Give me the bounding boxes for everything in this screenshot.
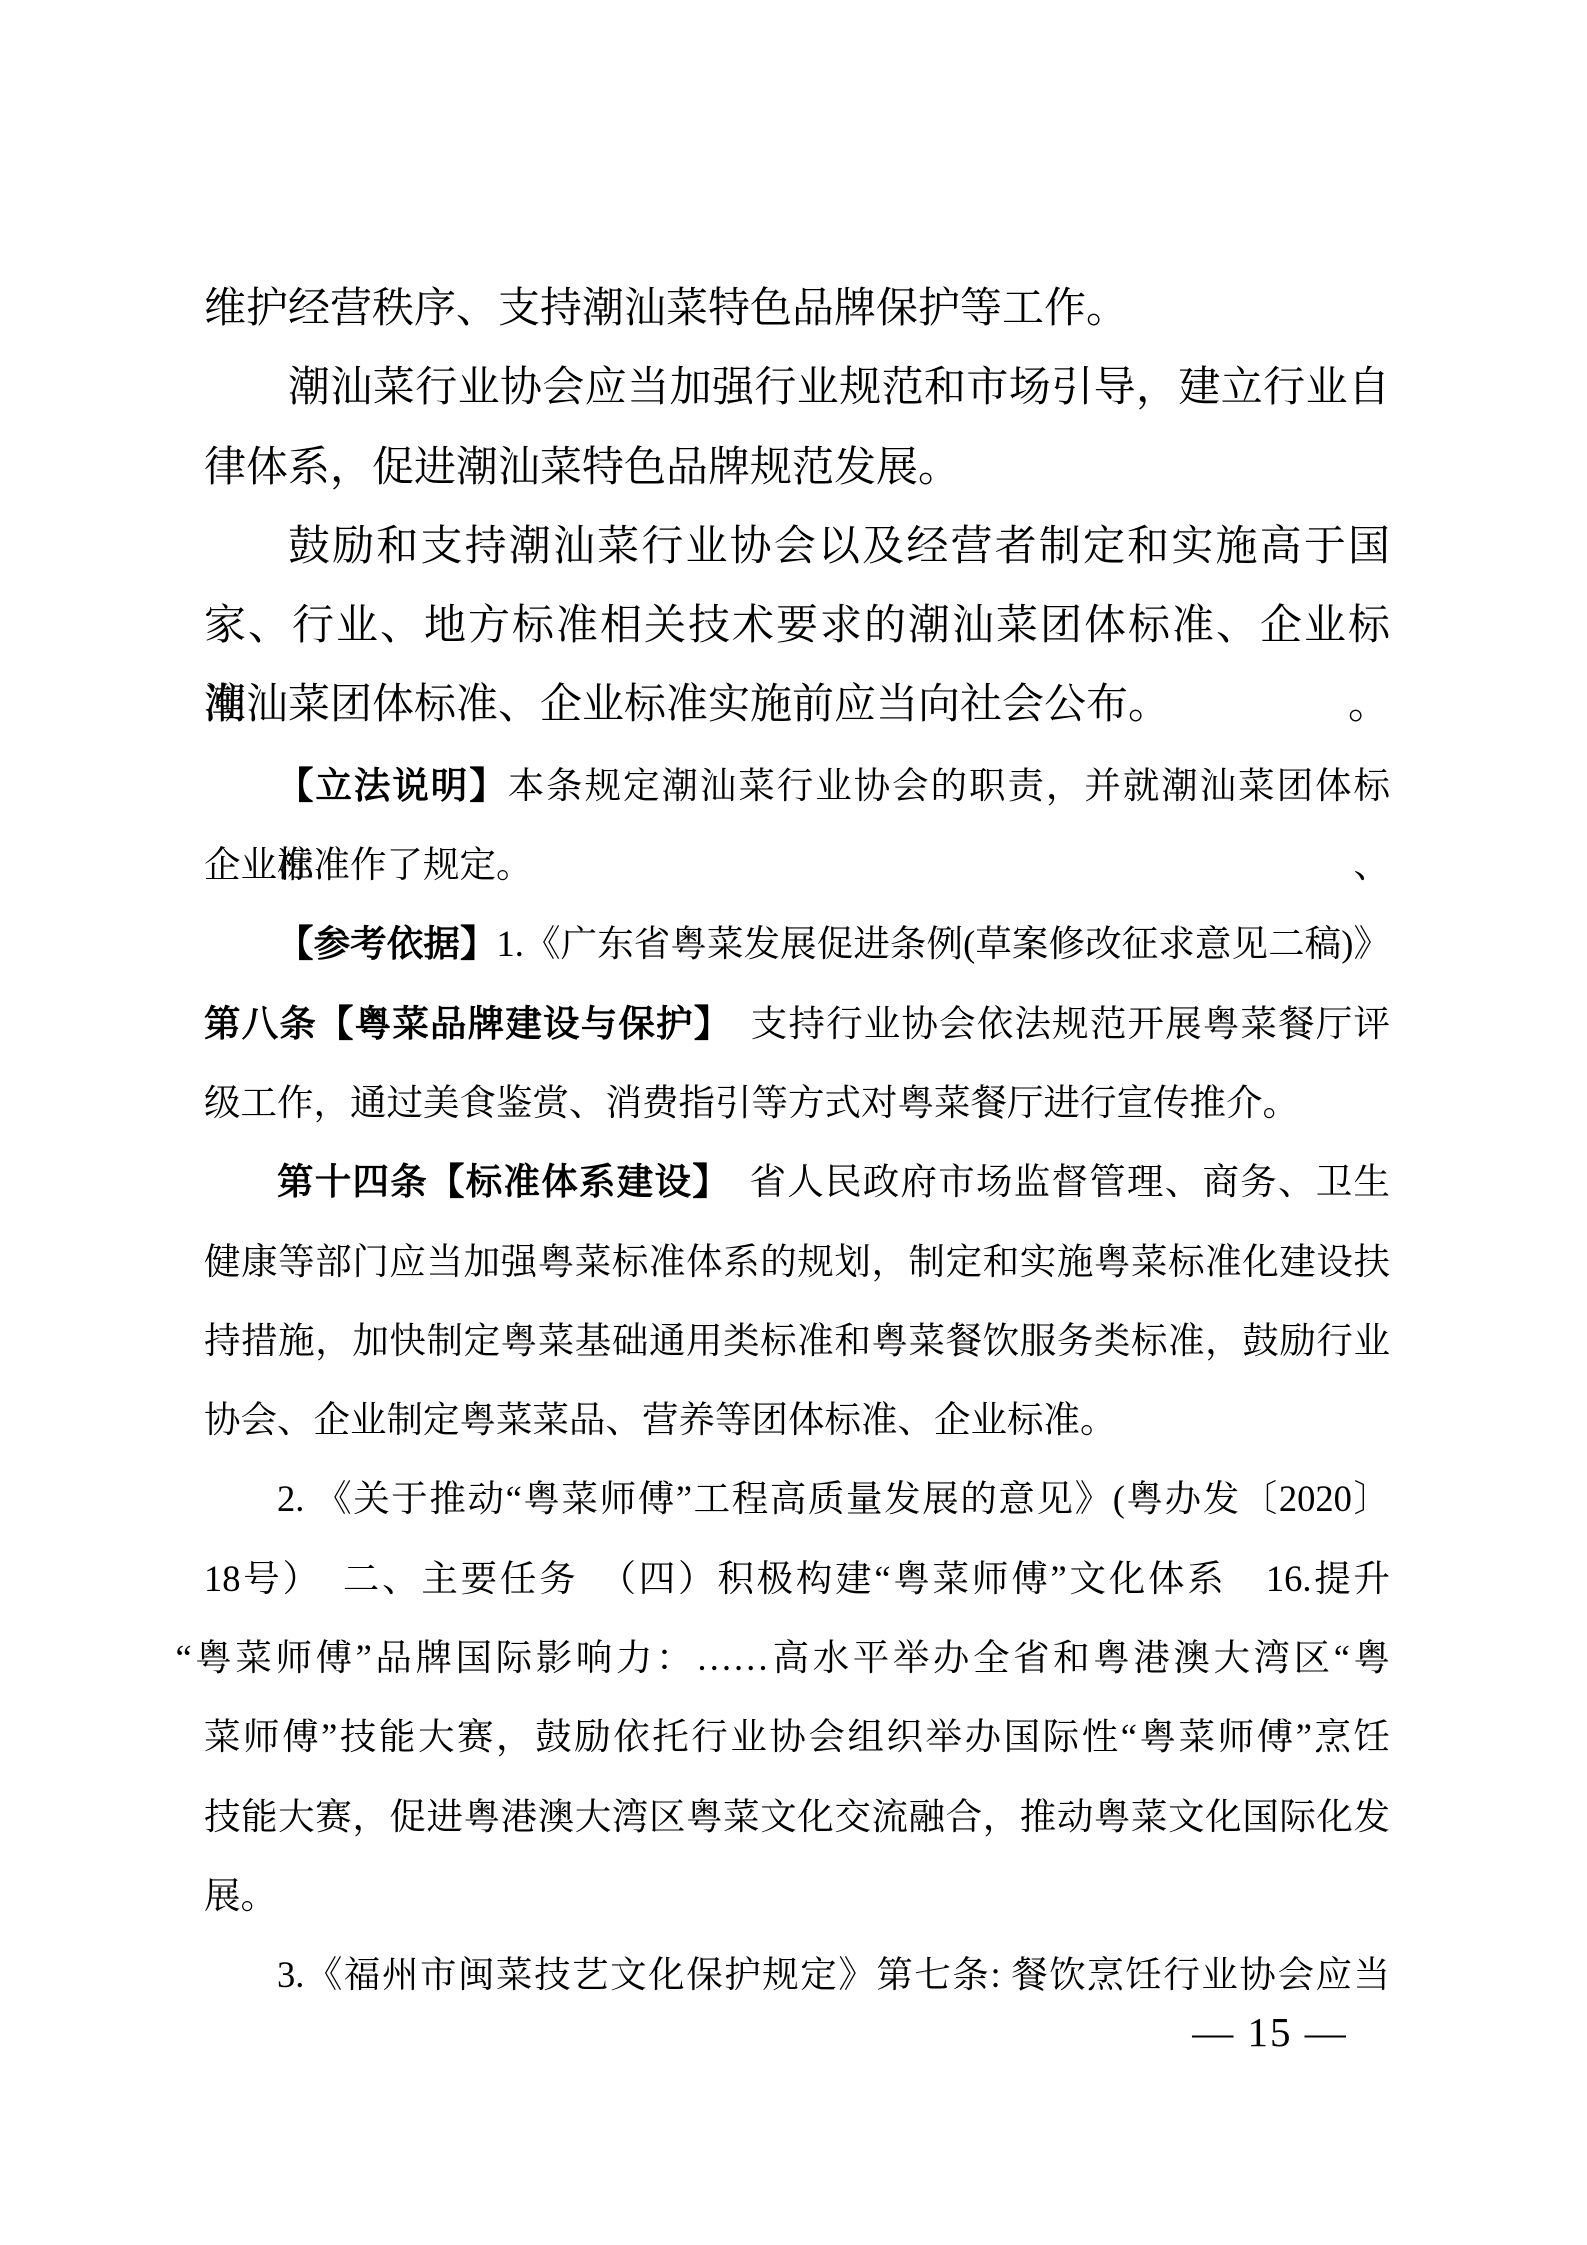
text-segment: 持措施，加快制定粤菜基础通用类标准和粤菜餐饮服务类标准，鼓励行业	[204, 1320, 1390, 1361]
bold-label-segment: 【立法说明】	[277, 765, 508, 806]
text-line-11: 级工作，通过美食鉴赏、消费指引等方式对粤菜餐厅进行宣传推介。	[204, 1063, 1390, 1142]
text-line-4: 鼓励和支持潮汕菜行业协会以及经营者制定和实施高于国	[204, 508, 1390, 587]
text-segment: 潮汕菜团体标准、企业标准实施前应当向社会公布。	[204, 682, 1170, 728]
text-line-18: “粤菜师傅”品牌国际影响力：……高水平举办全省和粤港澳大湾区“粤	[204, 1618, 1390, 1697]
text-line-13: 健康等部门应当加强粤菜标准体系的规划，制定和实施粤菜标准化建设扶	[204, 1222, 1390, 1301]
text-segment: 18号） 二、主要任务 （四）积极构建“粤菜师傅”文化体系 16.提升	[204, 1558, 1390, 1599]
text-line-19: 菜师傅”技能大赛，鼓励依托行业协会组织举办国际性“粤菜师傅”烹饪	[204, 1697, 1390, 1776]
text-segment: 律体系，促进潮汕菜特色品牌规范发展。	[204, 445, 960, 491]
text-segment: 菜师傅”技能大赛，鼓励依托行业协会组织举办国际性“粤菜师傅”烹饪	[204, 1716, 1390, 1757]
text-segment: 展。	[204, 1875, 277, 1916]
text-line-14: 持措施，加快制定粤菜基础通用类标准和粤菜餐饮服务类标准，鼓励行业	[204, 1301, 1390, 1380]
text-line-17: 18号） 二、主要任务 （四）积极构建“粤菜师傅”文化体系 16.提升	[204, 1539, 1390, 1618]
text-line-16: 2. 《关于推动“粤菜师傅”工程高质量发展的意见》(粤办发〔2020〕	[204, 1459, 1390, 1538]
text-line-20: 技能大赛，促进粤港澳大湾区粤菜文化交流融合，推动粤菜文化国际化发	[204, 1777, 1390, 1856]
text-segment: 维护经营秩序、支持潮汕菜特色品牌保护等工作。	[204, 286, 1128, 332]
text-segment: 2. 《关于推动“粤菜师傅”工程高质量发展的意见》(粤办发〔2020〕	[277, 1478, 1390, 1519]
text-segment: 协会、企业制定粤菜菜品、营养等团体标准、企业标准。	[204, 1399, 1117, 1440]
text-line-12: 第十四条【标准体系建设】 省人民政府市场监督管理、商务、卫生	[204, 1142, 1390, 1221]
text-line-3: 律体系，促进潮汕菜特色品牌规范发展。	[204, 429, 1390, 508]
bold-label-segment: 第八条【粤菜品牌建设与保护】	[204, 1003, 713, 1044]
text-segment: 健康等部门应当加强粤菜标准体系的规划，制定和实施粤菜标准化建设扶	[204, 1241, 1390, 1282]
document-text-block: 维护经营秩序、支持潮汕菜特色品牌保护等工作。潮汕菜行业协会应当加强行业规范和市场…	[204, 270, 1390, 2015]
text-segment: 技能大赛，促进粤港澳大湾区粤菜文化交流融合，推动粤菜文化国际化发	[204, 1796, 1390, 1837]
text-line-2: 潮汕菜行业协会应当加强行业规范和市场引导，建立行业自	[204, 349, 1390, 428]
text-segment: 级工作，通过美食鉴赏、消费指引等方式对粤菜餐厅进行宣传推介。	[204, 1082, 1299, 1123]
text-segment: 1.《广东省粤菜发展促进条例(草案修改征求意见二稿)》	[497, 923, 1390, 964]
text-segment: 支持行业协会依法规范开展粤菜餐厅评	[713, 1003, 1390, 1044]
bold-label-segment: 第十四条【标准体系建设】	[277, 1161, 712, 1202]
text-line-15: 协会、企业制定粤菜菜品、营养等团体标准、企业标准。	[204, 1380, 1390, 1459]
bold-label-segment: 【参考依据】	[277, 923, 497, 964]
text-line-7: 【立法说明】本条规定潮汕菜行业协会的职责，并就潮汕菜团体标准、	[204, 746, 1390, 825]
text-segment: “粤菜师傅”品牌国际影响力：……高水平举办全省和粤港澳大湾区“粤	[176, 1637, 1390, 1678]
text-line-9: 【参考依据】1.《广东省粤菜发展促进条例(草案修改征求意见二稿)》	[204, 904, 1390, 983]
document-page: 维护经营秩序、支持潮汕菜特色品牌保护等工作。潮汕菜行业协会应当加强行业规范和市场…	[0, 0, 1587, 2245]
text-line-21: 展。	[204, 1856, 1390, 1935]
text-segment: 鼓励和支持潮汕菜行业协会以及经营者制定和实施高于国	[288, 524, 1390, 570]
text-line-5: 家、行业、地方标准相关技术要求的潮汕菜团体标准、企业标准。	[204, 587, 1390, 666]
text-line-10: 第八条【粤菜品牌建设与保护】 支持行业协会依法规范开展粤菜餐厅评	[204, 984, 1390, 1063]
text-segment: 3.《福州市闽菜技艺文化保护规定》第七条: 餐饮烹饪行业协会应当	[277, 1954, 1390, 1995]
text-line-1: 维护经营秩序、支持潮汕菜特色品牌保护等工作。	[204, 270, 1390, 349]
page-number: — 15 —	[1150, 1993, 1390, 2072]
text-segment: 潮汕菜行业协会应当加强行业规范和市场引导，建立行业自	[288, 365, 1390, 411]
text-segment: 企业标准作了规定。	[204, 844, 533, 885]
text-segment: 省人民政府市场监督管理、商务、卫生	[712, 1161, 1390, 1202]
